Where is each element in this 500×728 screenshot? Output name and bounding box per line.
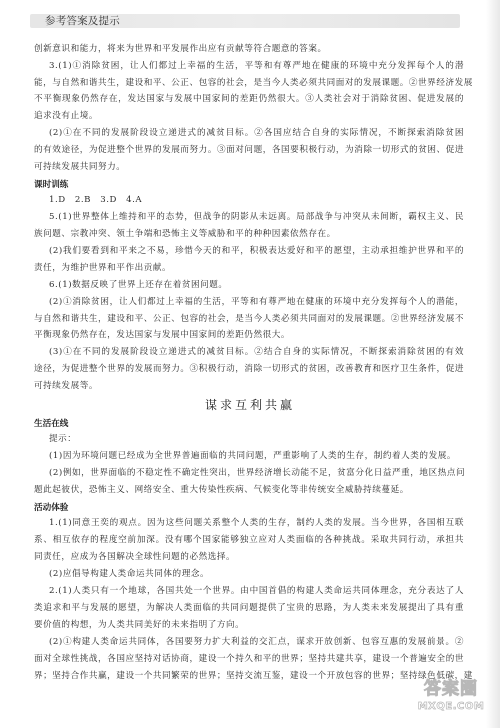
section-heading: 课时训练 — [34, 178, 68, 190]
text-line: 族问题、宗教冲突、领土争端和恐怖主义等威胁和平的种种因素依然存在。 — [34, 229, 464, 240]
chapter-title: 谋求互利共赢 — [0, 396, 500, 413]
text-line: 3.(1)①消除贫困，让人们都过上幸福的生活，平等和有尊严地在健康的环境中充分发… — [49, 61, 464, 72]
section-heading: 活动体验 — [34, 501, 68, 513]
text-line: 追求没有止境。 — [34, 111, 464, 122]
text-line: (2)①消除贫困，让人们都过上幸福的生活，平等和有尊严地在健康的环境中充分发挥每… — [49, 297, 464, 308]
text-line: 1.D 2.B 3.D 4.A — [49, 195, 464, 206]
text-line: (2)应倡导构建人类命运共同体的理念。 — [49, 569, 464, 580]
text-line: 类追求和平与发展的愿望，为解决人类面临的共同问题提供了宝贵的思路，为人类未来发展… — [34, 603, 464, 614]
text-line: 责任，为维护世界和平作出贡献。 — [34, 263, 464, 274]
text-line: (2)①在不同的发展阶段设立递进式的减贫目标。②各国应结合自身的实际情况，不断探… — [49, 128, 464, 139]
text-line: 面对全球性挑战，各国应坚持对话协商，建设一个持久和平的世界；坚持共建共享，建设一… — [34, 654, 464, 665]
document-page: 参考答案及提示 创新意识和能力，将来为世界和平发展作出应有贡献等符合题意的答案。… — [0, 0, 500, 728]
page-edge-shadow — [486, 0, 500, 728]
text-line: 5.(1)世界整体上维持和平的态势，但战争的阴影从未远离。局部战争与冲突从未间断… — [49, 212, 464, 223]
text-line: 6.(1)数据反映了世界上还存在着贫困问题。 — [49, 280, 464, 291]
text-line: 2.(1)人类只有一个地球，各国共处一个世界。由中国首倡的构建人类命运共同体理念… — [49, 586, 464, 597]
text-line: 要价值的构想，为人类共同美好的未来指明了方向。 — [34, 620, 464, 631]
text-line: (1)因为环境问题已经成为全世界普遍面临的共同问题，严重影响了人类的生存，制约着… — [49, 451, 464, 462]
text-line: 可持续发展等。 — [34, 381, 464, 392]
text-line: (2)①构建人类命运共同体，各国要努力扩大利益的交汇点，谋求开放创新、包容互惠的… — [49, 637, 464, 648]
text-line: 可持续发展共同努力。 — [34, 162, 464, 173]
watermark: 答案圈 MXQE.COM — [410, 678, 492, 724]
text-line: 创新意识和能力，将来为世界和平发展作出应有贡献等符合题意的答案。 — [34, 44, 464, 55]
text-line: (3)①在不同的发展阶段设立递进式的减贫目标。②结合自身的实际情况，不断探索消除… — [49, 347, 464, 358]
page-header-title: 参考答案及提示 — [45, 13, 120, 28]
text-line: 1.(1)同意王奕的观点。因为这些问题关系整个人类的生存，制约人类的发展。当今世… — [49, 518, 464, 529]
text-line: 题此起彼伏，恐怖主义、网络安全、重大传染性疾病、气候变化等非传统安全威胁持续蔓延… — [34, 485, 464, 496]
section-heading: 生活在线 — [34, 417, 68, 429]
text-line: 能，与自然和谐共生，建设和平、公正、包容的社会，是当今人类必须共同面对的发展课题… — [34, 78, 464, 89]
text-line: (2)我们要看到和平来之不易，珍惜今天的和平，积极表达爱好和平的愿望，主动承担维… — [49, 246, 464, 257]
text-line: 提示： — [49, 434, 464, 445]
watermark-url: MXQE.COM — [410, 700, 492, 714]
text-line: 同责任，应成为各国解决全球性问题的必然选择。 — [34, 552, 464, 563]
text-line: 界；坚持合作共赢，建设一个共同繁荣的世界；坚持交流互鉴，建设一个开放包容的世界；… — [34, 671, 464, 682]
text-line: 平衡现象仍然存在，发达国家与发展中国家间的差距仍然很大。 — [34, 330, 464, 341]
text-line: 途径，为促进整个世界的发展而努力。③积极行动，消除一切形式的贫困，改善教育和医疗… — [34, 364, 464, 375]
text-line: 的有效途径，为促进整个世界的发展而努力。③面对问题，各国要积极行动，为消除一切形… — [34, 145, 464, 156]
text-line: (2)例如，世界面临的不稳定性不确定性突出，世界经济增长动能不足，贫富分化日益严… — [49, 468, 464, 479]
text-line: 不平衡现象仍然存在，发达国家与发展中国家间的差距仍然很大。③人类社会对于消除贫困… — [34, 94, 464, 105]
watermark-logo: 答案圈 — [410, 678, 492, 700]
text-line: 系、相互依存的程度空前加深。没有哪个国家能够独立应对人类面临的各种挑战。采取共同… — [34, 535, 464, 546]
text-line: 与自然和谐共生，建设和平、公正、包容的社会，是当今人类必须共同面对的发展课题。②… — [34, 314, 464, 325]
